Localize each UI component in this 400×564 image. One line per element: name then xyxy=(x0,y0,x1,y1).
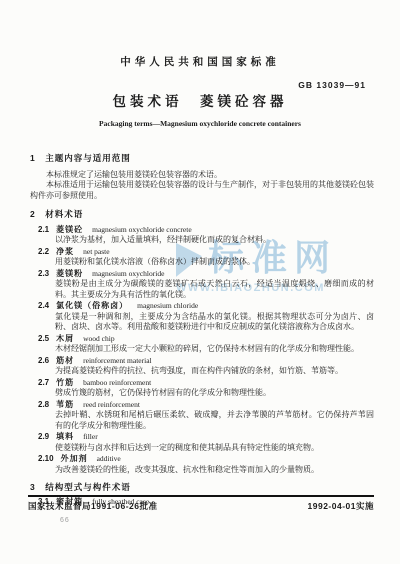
term-number: 2.9 xyxy=(38,432,49,441)
term-row: 2.3菱镁粉magnesium oxychloride xyxy=(38,269,374,280)
term-number: 2.1 xyxy=(38,225,49,234)
term-english: reinforcement material xyxy=(83,356,152,365)
term-english: magnesium chloride xyxy=(137,301,198,310)
standard-name: 中华人民共和国国家标准 xyxy=(0,0,400,69)
term-chinese: 外加剂 xyxy=(61,454,88,463)
term-english: wood chip xyxy=(83,334,114,343)
approval-authority: 国家技术监督局1991-06-26批准 xyxy=(28,500,157,512)
term-number: 2.2 xyxy=(38,247,49,256)
term-number: 2.7 xyxy=(38,378,49,387)
section-1-paragraph: 本标准适用于运输包装用菱镁砼包装容器的设计与生产制作，对于非包装用的其他菱镁砼包… xyxy=(30,180,374,201)
term-chinese: 木屑 xyxy=(56,334,74,343)
term-number: 2.8 xyxy=(38,400,49,409)
term-definition: 氯化镁是一种调和剂，主要成分为含结晶水的氯化镁。根据其物理状态可分为卤片、卤粉、… xyxy=(55,312,374,333)
term-number: 2.10 xyxy=(38,454,54,463)
term-definition: 使菱镁粉与卤水拌和后达到一定的稠度和使其制品具有特定性能的填充物。 xyxy=(55,443,374,454)
term-row: 2.10外加剂additive xyxy=(38,454,374,465)
term-chinese: 筋材 xyxy=(56,356,74,365)
term-number: 2.4 xyxy=(38,301,49,310)
term-english: filler xyxy=(83,432,98,441)
term-row: 2.5木屑wood chip xyxy=(38,334,374,345)
term-definition: 为改善菱镁砼的性能，改变其强度、抗水性和稳定性等而加入的少量物质。 xyxy=(55,465,374,476)
term-definition: 木材经锯削加工形成一定大小颗粒的碎屑，它仍保持木材固有的化学成分和物理性能。 xyxy=(55,344,374,355)
section-1-paragraph: 本标准规定了运输包装用菱镁砼包装容器的术语。 xyxy=(30,170,374,181)
page-number: 66 xyxy=(60,517,70,524)
term-english: additive xyxy=(97,454,121,463)
term-definition: 菱镁粉是由主成分为碳酸镁的菱镁矿石或天然白云石，经适当温度煅烧、磨细而成的材料。… xyxy=(55,279,374,300)
term-definition: 以净浆为基材，加入适量填料，经拌制硬化而成的复合材料。 xyxy=(55,235,374,246)
term-row: 2.1菱镁砼magnesium oxychloride concrete xyxy=(38,225,374,236)
document-page: 标准网 WWW.IBIAOZHUN.COM 中华人民共和国国家标准 GB 130… xyxy=(0,0,400,564)
term-row: 2.6筋材reinforcement material xyxy=(38,356,374,367)
term-chinese: 填料 xyxy=(56,432,74,441)
term-chinese: 净浆 xyxy=(56,247,74,256)
term-definition: 劈成竹篾的筋材，它仍保持竹材固有的化学成分和物理性能。 xyxy=(55,388,374,399)
term-number: 2.6 xyxy=(38,356,49,365)
section-2-heading: 2 材料术语 xyxy=(30,209,374,220)
term-definition: 为提高菱镁砼构件的抗拉、抗弯强度，而在构件内铺放的条材，如竹筋、苇筋等。 xyxy=(55,366,374,377)
term-row: 2.9填料filler xyxy=(38,432,374,443)
document-body: 1 主题内容与适用范围 本标准规定了运输包装用菱镁砼包装容器的术语。 本标准适用… xyxy=(0,153,400,507)
term-english: reed reinforcement xyxy=(83,400,140,409)
term-english: magnesium oxychloride concrete xyxy=(92,225,192,234)
term-chinese: 苇筋 xyxy=(56,400,74,409)
document-title: 包装术语 菱镁砼容器 xyxy=(0,90,400,110)
term-row: 2.4氯化镁（俗称卤）magnesium chloride xyxy=(38,301,374,312)
section-1-heading: 1 主题内容与适用范围 xyxy=(30,153,374,164)
term-chinese: 氯化镁（俗称卤） xyxy=(56,301,128,310)
document-title-english: Packaging terms—Magnesium oxychloride co… xyxy=(0,119,400,128)
term-number: 2.5 xyxy=(38,334,49,343)
approval-footer: 国家技术监督局1991-06-26批准 1992-04-01实施 xyxy=(28,495,374,512)
term-english: bamboo reinforcement xyxy=(83,378,151,387)
implementation-date: 1992-04-01实施 xyxy=(308,500,374,512)
term-english: magnesium oxychloride xyxy=(92,269,164,278)
term-row: 2.7竹筋bamboo reinforcement xyxy=(38,378,374,389)
term-chinese: 菱镁粉 xyxy=(56,269,83,278)
term-chinese: 竹筋 xyxy=(56,378,74,387)
term-english: net paste xyxy=(83,247,109,256)
term-definition: 去掉叶鞘、水锈斑和尾梢后碾压柔软、破成瓣，并去净苇膜的芦苇筋材。它仍保持芦苇固有… xyxy=(55,410,374,431)
term-chinese: 菱镁砼 xyxy=(56,225,83,234)
standard-code: GB 13039—91 xyxy=(298,80,366,90)
term-number: 2.3 xyxy=(38,269,49,278)
term-row: 2.8苇筋reed reinforcement xyxy=(38,400,374,411)
section-3-heading: 3 结构型式与构件术语 xyxy=(30,482,374,493)
term-row: 2.2净浆net paste xyxy=(38,247,374,258)
term-definition: 用菱镁粉和氯化镁水溶液（俗称卤水）拌制而成的浆体。 xyxy=(55,257,374,268)
